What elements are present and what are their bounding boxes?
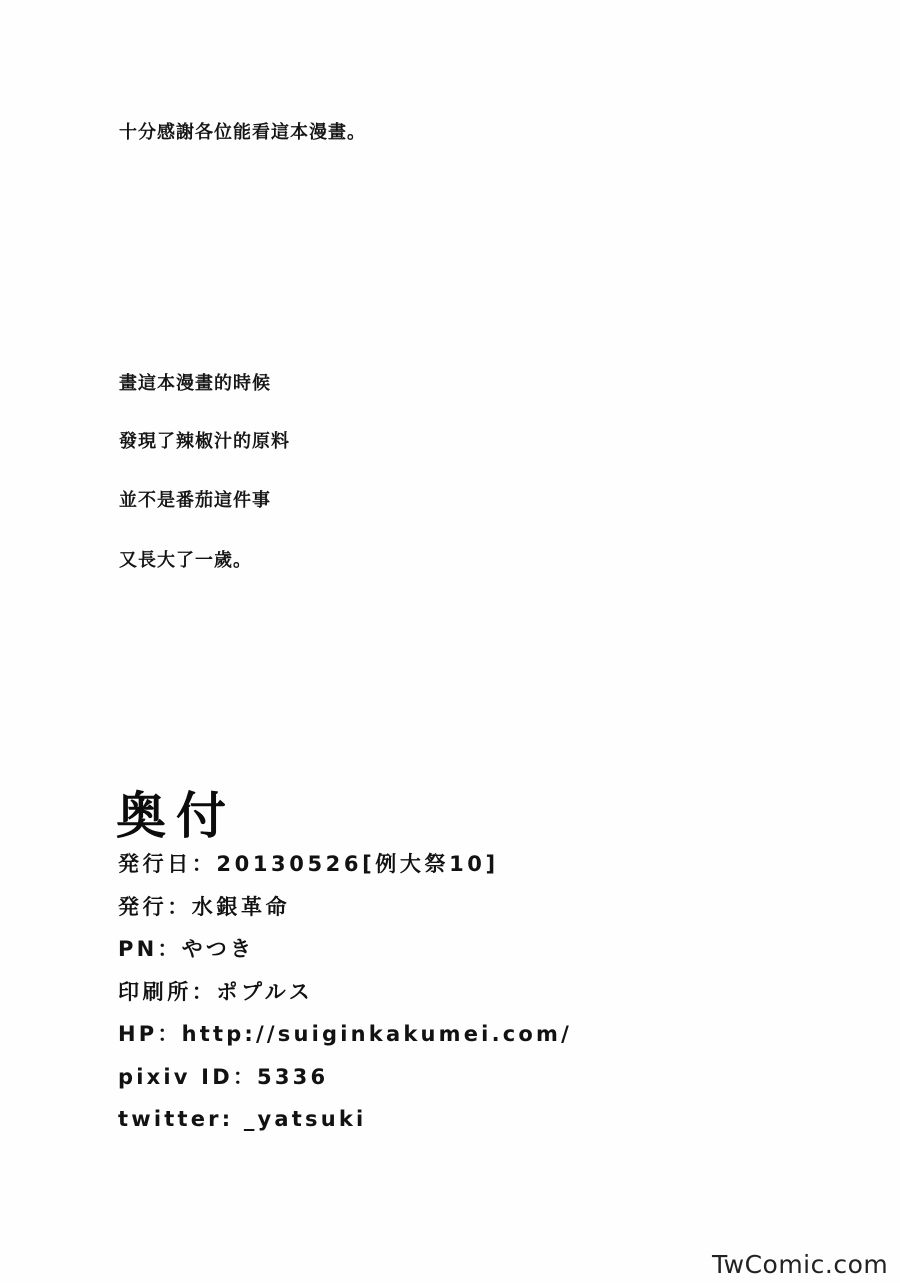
colophon-pen-name: PN：やつき: [118, 936, 254, 962]
colophon-pixiv-id: pixiv ID：5336: [118, 1064, 328, 1090]
manga-page: 十分感謝各位能看這本漫畫。 畫這本漫畫的時候 發現了辣椒汁的原料 並不是番茄這件…: [0, 0, 900, 1283]
afterword-line-2: 發現了辣椒汁的原料: [119, 431, 290, 453]
colophon-title: 奥付: [116, 786, 236, 846]
site-watermark: TwComic.com: [712, 1250, 888, 1279]
afterword-line-4: 又長大了一歲。: [119, 550, 252, 572]
thanks-message: 十分感謝各位能看這本漫畫。: [119, 122, 366, 144]
colophon-publish-date: 発行日：20130526[例大祭10]: [118, 851, 499, 877]
colophon-twitter: twitter: _yatsuki: [118, 1106, 366, 1132]
afterword-line-3: 並不是番茄這件事: [119, 490, 271, 512]
colophon-publisher: 発行：水銀革命: [118, 894, 290, 920]
afterword-line-1: 畫這本漫畫的時候: [119, 373, 271, 395]
colophon-printer: 印刷所：ポプルス: [118, 979, 313, 1005]
colophon-homepage: HP：http://suiginkakumei.com/: [118, 1021, 572, 1047]
